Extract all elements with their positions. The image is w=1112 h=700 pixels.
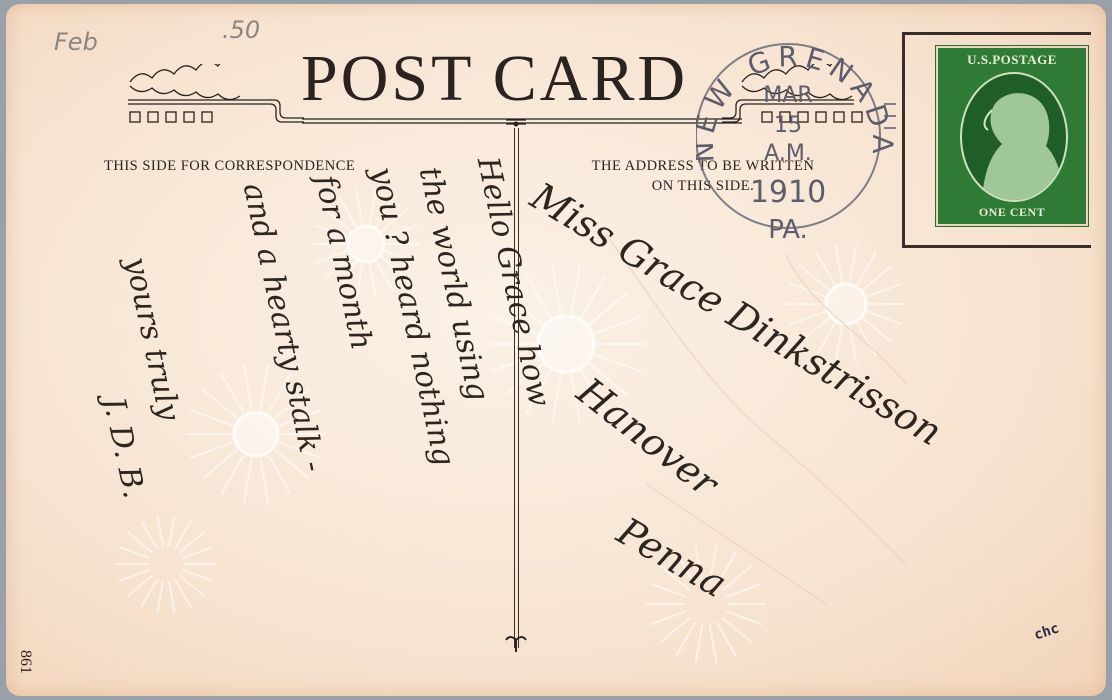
message-signature: J. D. B. — [96, 394, 152, 501]
franklin-portrait-icon — [960, 72, 1068, 202]
postmark-day: 15 — [774, 113, 802, 138]
stamp-top-text: U.S.POSTAGE — [938, 52, 1086, 68]
divider-top-ornament — [506, 116, 526, 132]
postmark-meridiem: A.M. — [764, 141, 812, 166]
correspondence-label: THIS SIDE FOR CORRESPONDENCE — [104, 158, 355, 175]
publisher-mark: chc — [1032, 620, 1061, 643]
postmark-month: MAR — [763, 83, 812, 108]
laurel-ornament-left — [124, 64, 304, 134]
address-line-2: Hanover — [569, 369, 726, 505]
postcard-title: POST CARD — [301, 46, 688, 112]
postcard: Feb .50 POST CARD THIS SIDE FOR CORRESPO… — [6, 4, 1106, 696]
stamp-bottom-text: ONE CENT — [938, 205, 1086, 220]
postmark: NEW GRENADA MAR 15 A.M. 1910 PA. — [696, 24, 896, 254]
publisher-number: 861 — [16, 650, 34, 674]
postmark-year: 1910 — [750, 175, 826, 210]
postmark-state: PA. — [768, 215, 808, 245]
pencil-note-month: Feb — [54, 28, 98, 56]
postage-stamp: U.S.POSTAGE ONE CENT — [936, 46, 1088, 226]
message-line-4: for a month — [308, 172, 379, 353]
divider-bottom-ornament — [502, 626, 530, 654]
address-line-3: Penna — [610, 509, 734, 606]
pencil-note-price: .50 — [222, 16, 260, 44]
